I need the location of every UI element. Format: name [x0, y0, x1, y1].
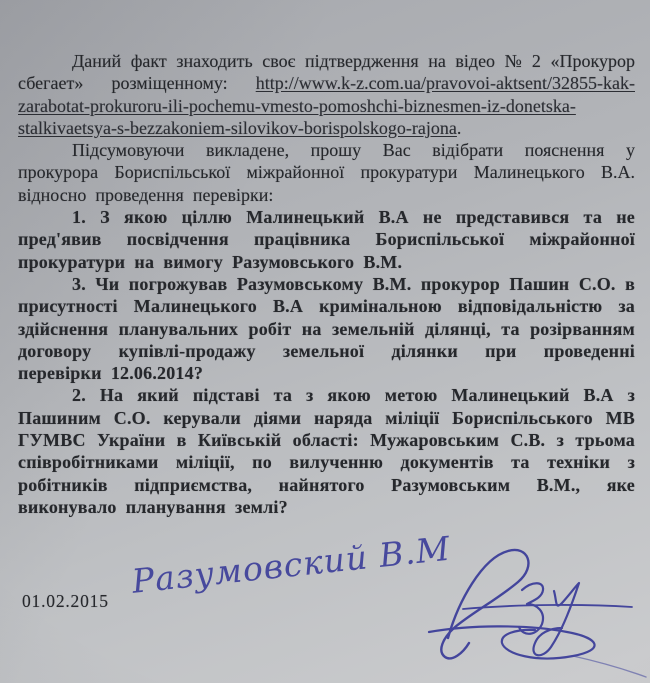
summary-paragraph: Підсумовуючи викладене, прошу Вас відібр…	[18, 139, 635, 206]
handwritten-name: Разумовский В.М	[130, 531, 432, 601]
signature-flourish-icon	[424, 540, 650, 683]
intro-period: .	[457, 118, 462, 138]
document-photo: Даний факт знаходить своє підтвердження …	[0, 0, 650, 683]
paper-sheet: Даний факт знаходить своє підтвердження …	[0, 0, 650, 518]
date-label: 01.02.2015	[22, 591, 109, 612]
question-2: 2. На який підставі та з якою метою Мали…	[18, 384, 635, 518]
intro-paragraph: Даний факт знаходить своє підтвердження …	[18, 50, 635, 139]
question-3: 3. Чи погрожував Разумовському В.М. прок…	[18, 273, 635, 384]
question-1: 1. З якою ціллю Малинецький В.А не предс…	[18, 206, 635, 273]
